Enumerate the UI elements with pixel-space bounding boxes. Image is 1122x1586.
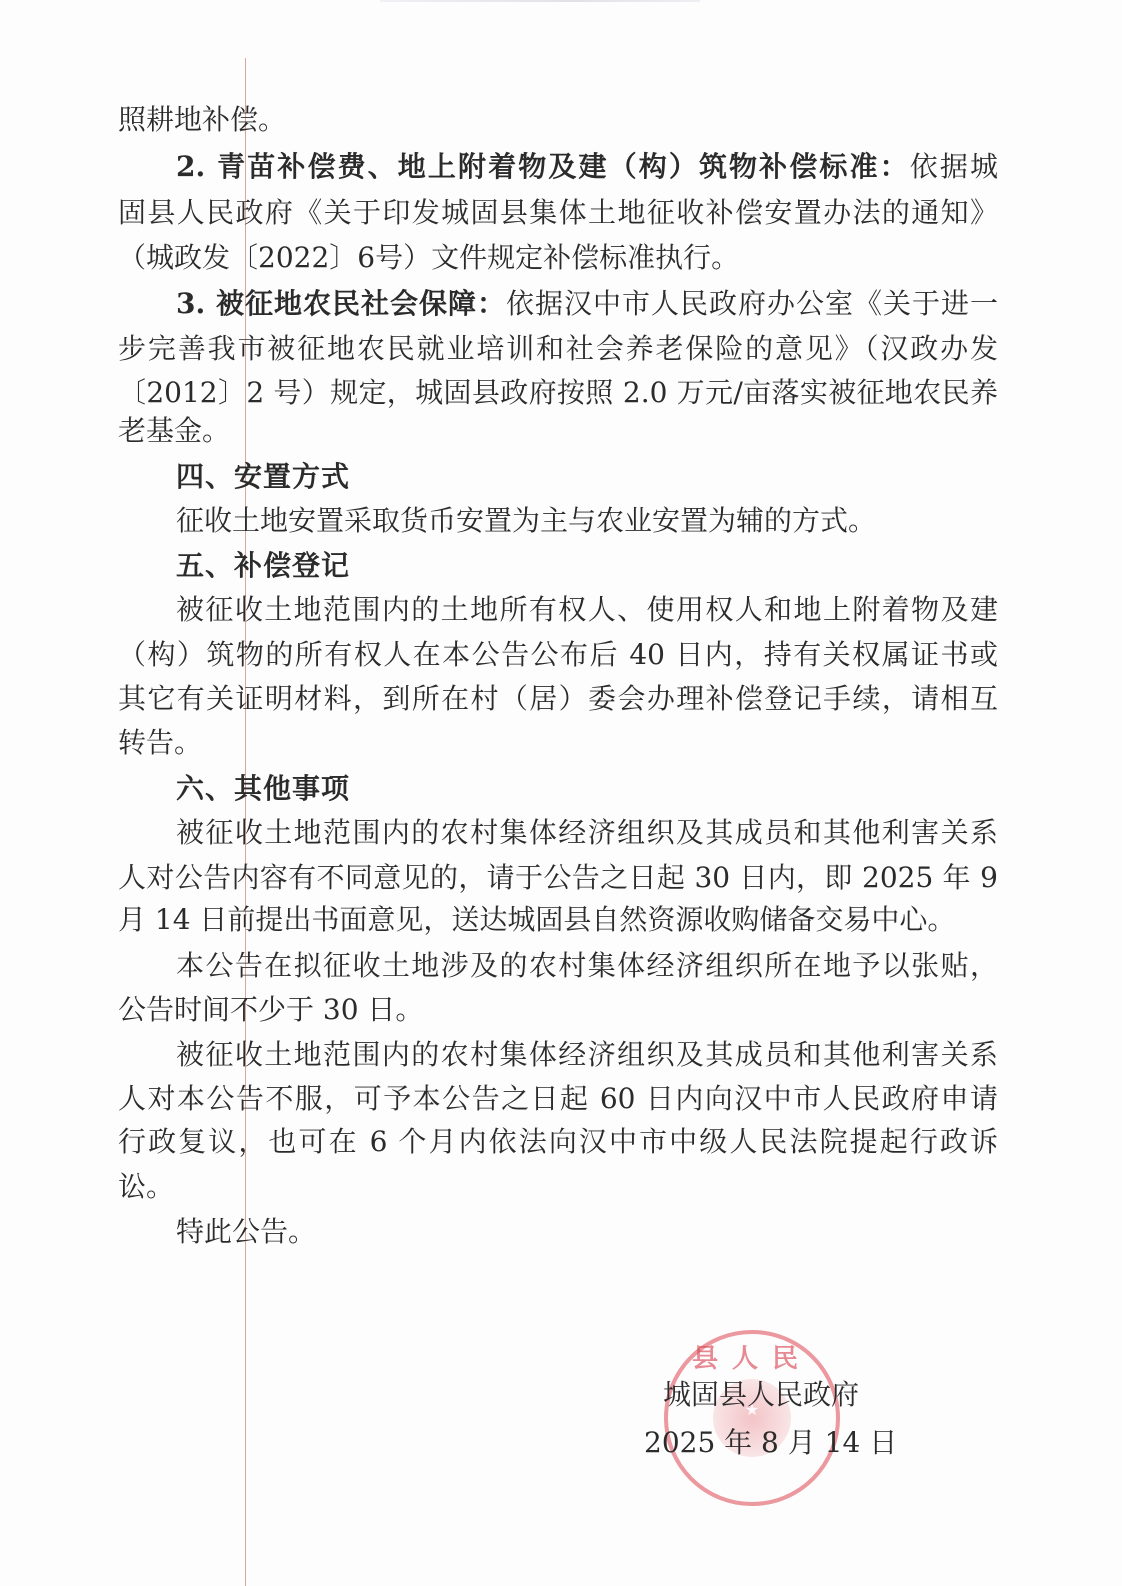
body-line: 人对公告内容有不同意见的，请于公告之日起 30 日内，即 2025 年 9 <box>118 858 998 898</box>
closing-text: 特此公告。 <box>176 1215 316 1248</box>
body-line: 讼。 <box>118 1167 998 1207</box>
line-text: 转告。 <box>118 726 202 759</box>
body-line: 月 14 日前提出书面意见，送达城固县自然资源收购储备交易中心。 <box>118 900 998 940</box>
scan-edge-shadow <box>380 0 700 2</box>
line-text: 〔2012〕2 号）规定，城固县政府按照 2.0 万元/亩落实被征地农民养 <box>118 376 998 409</box>
body-line: 征收土地安置采取货币安置为主与农业安置为辅的方式。 <box>176 501 998 541</box>
heading-text: 五、补偿登记 <box>176 549 350 582</box>
line-text: 讼。 <box>118 1170 174 1203</box>
issuer-name: 城固县人民政府 <box>656 1375 866 1415</box>
line-text: 被征收土地范围内的农村集体经济组织及其成员和其他利害关系 <box>176 816 998 849</box>
line-text: 依据城 <box>910 150 998 183</box>
line-text: 行政复议，也可在 6 个月内依法向汉中市中级人民法院提起行政诉 <box>118 1125 998 1158</box>
section-heading-resettlement: 四、安置方式 <box>176 457 998 497</box>
document-page: 照耕地补偿。 2. 青苗补偿费、地上附着物及建（构）筑物补偿标准：依据城 固县人… <box>0 0 1122 1586</box>
issue-date: 2025 年 8 月 14 日 <box>644 1423 874 1463</box>
body-line-item-2: 2. 青苗补偿费、地上附着物及建（构）筑物补偿标准：依据城 <box>176 147 998 187</box>
body-line: 〔2012〕2 号）规定，城固县政府按照 2.0 万元/亩落实被征地农民养 <box>118 373 998 413</box>
line-text: 依据汉中市人民政府办公室《关于进一 <box>506 287 998 320</box>
line-text: 老基金。 <box>118 414 230 447</box>
line-text: 固县人民政府《关于印发城固县集体土地征收补偿安置办法的通知》 <box>118 196 998 229</box>
body-line: 转告。 <box>118 723 998 763</box>
line-text: 步完善我市被征地农民就业培训和社会养老保险的意见》（汉政办发 <box>118 332 998 365</box>
body-line: （城政发〔2022〕6号）文件规定补偿标准执行。 <box>118 238 998 278</box>
line-text: （城政发〔2022〕6号）文件规定补偿标准执行。 <box>118 241 739 274</box>
body-line: 其它有关证明材料，到所在村（居）委会办理补偿登记手续，请相互 <box>118 679 998 719</box>
line-text: 被征收土地范围内的农村集体经济组织及其成员和其他利害关系 <box>176 1038 998 1071</box>
item-2-title: 2. 青苗补偿费、地上附着物及建（构）筑物补偿标准： <box>176 150 910 183</box>
body-line-item-3: 3. 被征地农民社会保障：依据汉中市人民政府办公室《关于进一 <box>176 284 998 324</box>
body-line: 老基金。 <box>118 411 998 451</box>
body-line: 被征收土地范围内的土地所有权人、使用权人和地上附着物及建 <box>176 590 998 630</box>
line-text: 月 14 日前提出书面意见，送达城固县自然资源收购储备交易中心。 <box>118 903 955 936</box>
line-text: 其它有关证明材料，到所在村（居）委会办理补偿登记手续，请相互 <box>118 682 998 715</box>
line-text: 公告时间不少于 30 日。 <box>118 993 423 1026</box>
line-text: 被征收土地范围内的土地所有权人、使用权人和地上附着物及建 <box>176 593 998 626</box>
heading-text: 六、其他事项 <box>176 772 350 805</box>
body-line: 被征收土地范围内的农村集体经济组织及其成员和其他利害关系 <box>176 813 998 853</box>
line-text: （构）筑物的所有权人在本公告公布后 40 日内，持有关权属证书或 <box>118 638 998 671</box>
body-line: 本公告在拟征收土地涉及的农村集体经济组织所在地予以张贴， <box>176 946 998 986</box>
line-text: 人对本公告不服，可予本公告之日起 60 日内向汉中市人民政府申请 <box>118 1082 998 1115</box>
body-line: 步完善我市被征地农民就业培训和社会养老保险的意见》（汉政办发 <box>118 329 998 369</box>
body-line: 人对本公告不服，可予本公告之日起 60 日内向汉中市人民政府申请 <box>118 1079 998 1119</box>
body-line: 固县人民政府《关于印发城固县集体土地征收补偿安置办法的通知》 <box>118 193 998 233</box>
line-text: 人对公告内容有不同意见的，请于公告之日起 30 日内，即 2025 年 9 <box>118 861 998 894</box>
seal-text: 县人民 <box>668 1344 836 1374</box>
line-text: 照耕地补偿。 <box>118 103 286 136</box>
line-text: 征收土地安置采取货币安置为主与农业安置为辅的方式。 <box>176 504 876 537</box>
body-line: 照耕地补偿。 <box>118 100 998 140</box>
body-line: 被征收土地范围内的农村集体经济组织及其成员和其他利害关系 <box>176 1035 998 1075</box>
closing-line: 特此公告。 <box>176 1212 998 1252</box>
body-line: 行政复议，也可在 6 个月内依法向汉中市中级人民法院提起行政诉 <box>118 1122 998 1162</box>
official-seal: 县人民 ★ <box>664 1330 840 1506</box>
item-3-title: 3. 被征地农民社会保障： <box>176 287 506 320</box>
heading-text: 四、安置方式 <box>176 460 350 493</box>
body-line: 公告时间不少于 30 日。 <box>118 990 998 1030</box>
section-heading-other-matters: 六、其他事项 <box>176 769 998 809</box>
body-line: （构）筑物的所有权人在本公告公布后 40 日内，持有关权属证书或 <box>118 635 998 675</box>
line-text: 本公告在拟征收土地涉及的农村集体经济组织所在地予以张贴， <box>176 949 998 982</box>
section-heading-registration: 五、补偿登记 <box>176 546 998 586</box>
